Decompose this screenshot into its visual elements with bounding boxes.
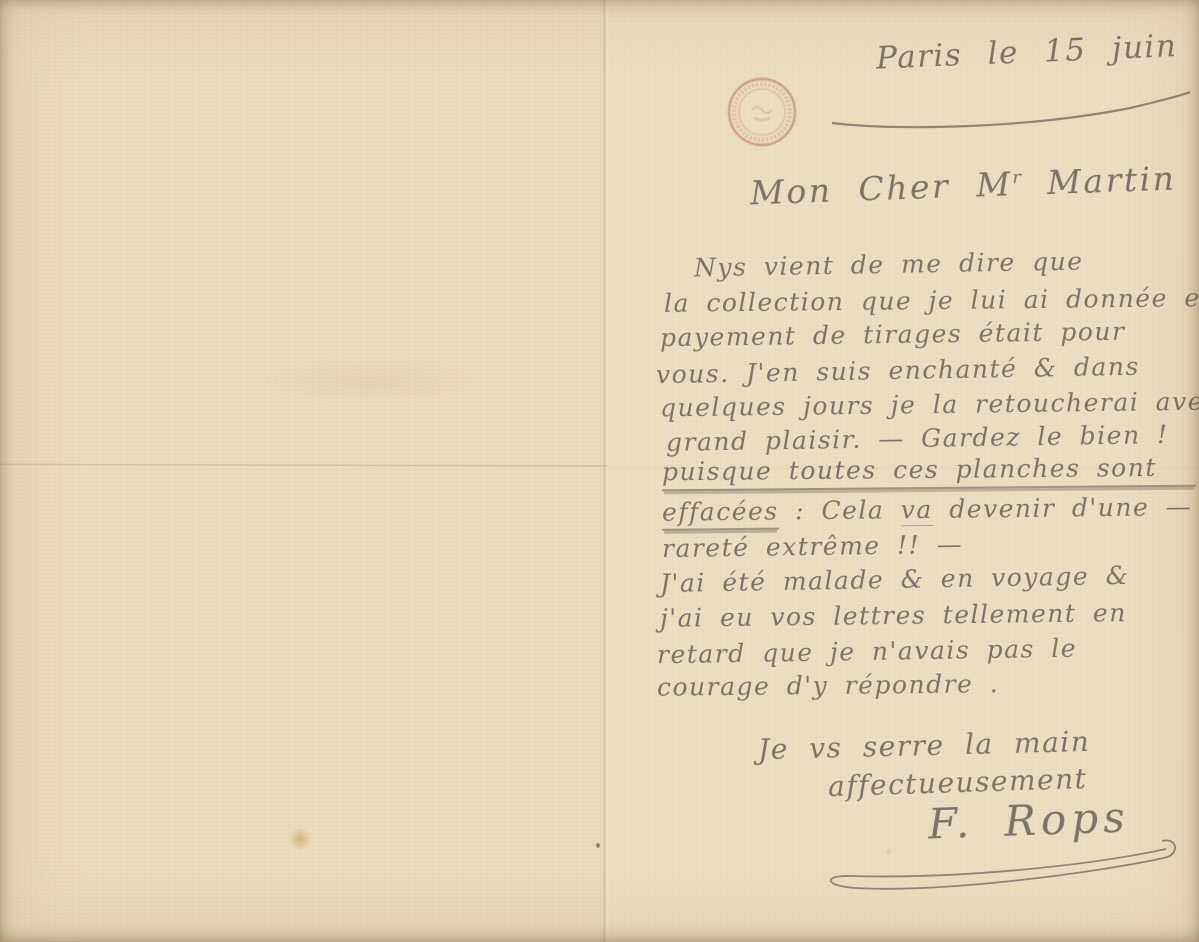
ink-showthrough: [255, 358, 485, 403]
body-line-13: courage d'y répondre .: [657, 669, 1000, 702]
salutation-suffix: Martin: [1020, 159, 1177, 203]
dateline-flourish: [830, 88, 1194, 134]
left-page: [0, 0, 607, 942]
line8-rest: devenir d'une —: [933, 492, 1193, 524]
body-line-11: j'ai eu vos lettres tellement en: [660, 598, 1127, 633]
body-line-2: la collection que je lui ai donnée en: [664, 283, 1199, 318]
round-ink-stamp-icon: [722, 72, 802, 152]
underlined-clause: puisque toutes ces planches sont: [662, 453, 1196, 492]
vertical-fold-line: [602, 0, 609, 942]
line8-mid: : Cela: [778, 495, 900, 525]
underlined-word-va: va: [901, 495, 933, 526]
signature-flourish: [812, 833, 1194, 907]
body-line-8: effacées : Cela va devenir d'une —: [662, 492, 1193, 527]
body-line-9: rareté extrême !! —: [662, 530, 963, 563]
body-line-7: puisque toutes ces planches sont: [662, 453, 1196, 492]
underlined-word-effacees: effacées: [662, 497, 779, 531]
ink-speck: [596, 843, 600, 848]
letter-scan: Paris le 15 juin 1885 Mon Cher Mr Martin…: [0, 0, 1199, 942]
foxing-spot: [288, 828, 312, 850]
